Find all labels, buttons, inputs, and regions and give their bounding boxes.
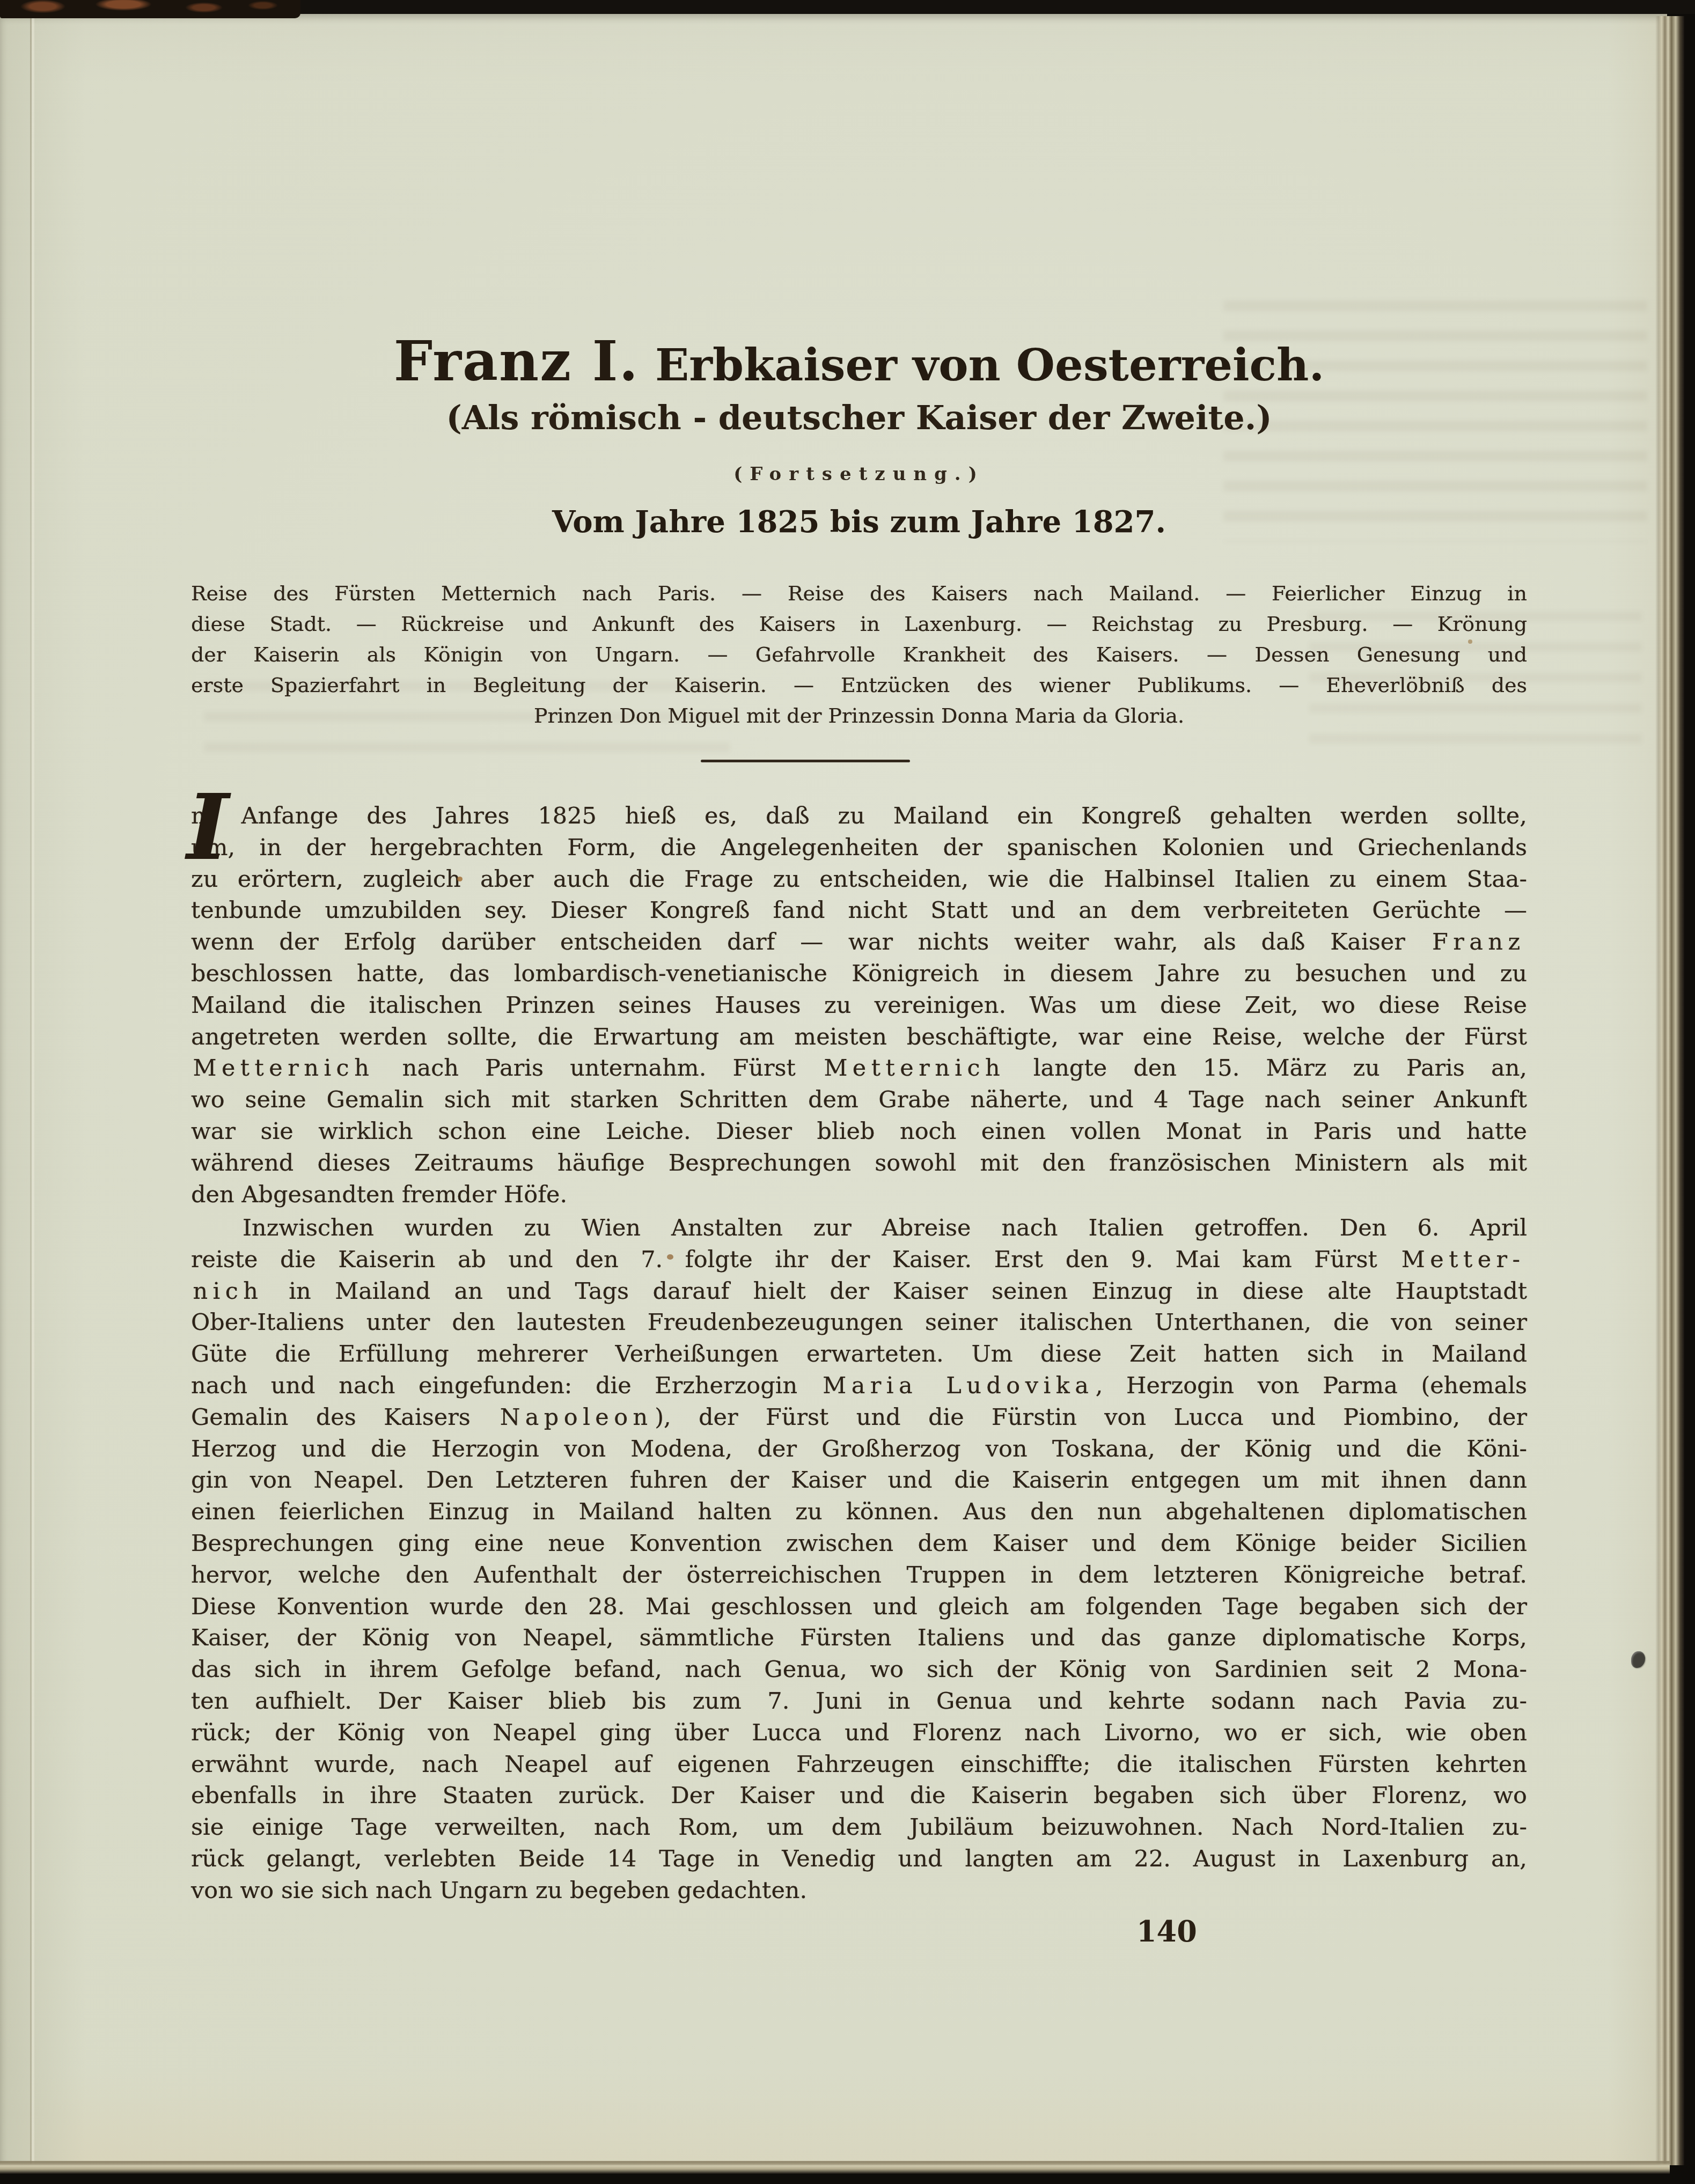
summary-line: diese Stadt. — Rückreise und Ankunft des… [191,609,1527,639]
drop-cap-initial: I [187,782,229,872]
text-line: gin von Neapel. Den Letzteren fuhren der… [191,1465,1527,1496]
body-paragraph-1: I m Anfange des Jahres 1825 hieß es, daß… [191,800,1527,1210]
text-line: ten aufhielt. Der Kaiser blieb bis zum 7… [191,1686,1527,1717]
summary-line: der Kaiserin als Königin von Ungarn. — G… [191,639,1527,670]
continuation-note: (Fortsetzung.) [191,464,1527,485]
text-line: nach und nach eingefunden: die Erzherzog… [191,1370,1527,1402]
letterspaced-word: Metternich [191,1055,376,1082]
paper-speck [667,1254,673,1260]
paper-speck [457,877,463,881]
letterspaced-word: nich [191,1278,265,1305]
marbled-edge-decoration [0,0,300,18]
text-line: Diese Konvention wurde den 28. Mai gesch… [191,1591,1527,1623]
text-line: tenbunde umzubilden sey. Dieser Kongreß … [191,895,1527,926]
letterspaced-word: Napoleon [498,1404,655,1431]
page-bottom-edge [0,2161,1670,2174]
text-line: Mailand die italischen Prinzen seines Ha… [191,990,1527,1021]
text-line: während dieses Zeitraums häufige Besprec… [191,1148,1527,1179]
text-line: Güte die Erfüllung mehrerer Verheißungen… [191,1339,1527,1370]
text-line: Metternich nach Paris unternahm. Fürst M… [191,1053,1527,1084]
text-line: wenn der Erfolg darüber entscheiden darf… [191,926,1527,958]
text-line: den Abgesandten fremder Höfe. [191,1179,1527,1211]
book-page: Franz I.Erbkaiser von Oesterreich. (Als … [0,14,1667,2164]
letterspaced-word: Metternich [822,1055,1007,1082]
text-line: um, in der hergebrachten Form, die Angel… [191,832,1527,864]
text-line: Gemalin des Kaisers Napoleon), der Fürst… [191,1402,1527,1433]
chapter-title-secondary: Erbkaiser von Oesterreich. [655,339,1324,391]
text-line: nich in Mailand an und Tags darauf hielt… [191,1276,1527,1307]
text-line: beschlossen hatte, das lombardisch-venet… [191,958,1527,990]
summary-line: erste Spazierfahrt in Begleitung der Kai… [191,670,1527,701]
summary-line: Prinzen Don Miguel mit der Prinzessin Do… [191,701,1527,731]
text-line: Herzog und die Herzogin von Modena, der … [191,1433,1527,1465]
text-line: reiste die Kaiserin ab und den 7. folgte… [191,1244,1527,1276]
text-line: einen feierlichen Einzug in Mailand halt… [191,1496,1527,1528]
ink-blot [1631,1651,1645,1668]
text-line: wo seine Gemalin sich mit starken Schrit… [191,1084,1527,1116]
text-line: erwähnt wurde, nach Neapel auf eigenen F… [191,1749,1527,1781]
text-line: zu erörtern, zugleich aber auch die Frag… [191,864,1527,895]
page-fold-highlight [32,14,34,2164]
book-top-edge [0,0,1695,14]
text-line: hervor, welche den Aufenthalt der österr… [191,1560,1527,1591]
text-line: Ober-Italiens unter den lautesten Freude… [191,1307,1527,1339]
paper-speck [1468,639,1472,644]
scan-background: Franz I.Erbkaiser von Oesterreich. (Als … [0,0,1695,2184]
separator-rule [701,760,910,762]
period-heading: Vom Jahre 1825 bis zum Jahre 1827. [191,504,1527,540]
text-line: angetreten werden sollte, die Erwartung … [191,1021,1527,1053]
text-line: ebenfalls in ihre Staaten zurück. Der Ka… [191,1780,1527,1812]
text-line: war sie wirklich schon eine Leiche. Dies… [191,1116,1527,1148]
text-line: das sich in ihrem Gefolge befand, nach G… [191,1654,1527,1686]
page-number: 140 [1136,1914,1197,1948]
text-line: m Anfange des Jahres 1825 hieß es, daß z… [191,800,1527,832]
paper-speck [376,1667,380,1672]
body-paragraph-2: Inzwischen wurden zu Wien Anstalten zur … [191,1212,1527,1907]
letterspaced-word: Metter- [1399,1246,1527,1273]
chapter-summary: Reise des Fürsten Metternich nach Paris.… [191,578,1527,731]
text-line: Kaiser, der König von Neapel, sämmtliche… [191,1622,1527,1654]
page-stack-edges [1655,16,1684,2165]
letterspaced-word: Franz [1430,929,1527,955]
chapter-title-main: Franz I. [394,329,639,394]
text-line: sie einige Tage verweilten, nach Rom, um… [191,1812,1527,1843]
text-line: rück; der König von Neapel ging über Luc… [191,1717,1527,1749]
text-line: von wo sie sich nach Ungarn zu begeben g… [191,1875,1527,1907]
letterspaced-word: Maria Ludovika [821,1372,1096,1399]
text-line: Inzwischen wurden zu Wien Anstalten zur … [191,1212,1527,1244]
text-line: Besprechungen ging eine neue Konvention … [191,1528,1527,1560]
chapter-title: Franz I.Erbkaiser von Oesterreich. [191,329,1527,394]
summary-line: Reise des Fürsten Metternich nach Paris.… [191,578,1527,609]
text-line: rück gelangt, verlebten Beide 14 Tage in… [191,1843,1527,1875]
chapter-subtitle: (Als römisch - deutscher Kaiser der Zwei… [191,398,1527,437]
